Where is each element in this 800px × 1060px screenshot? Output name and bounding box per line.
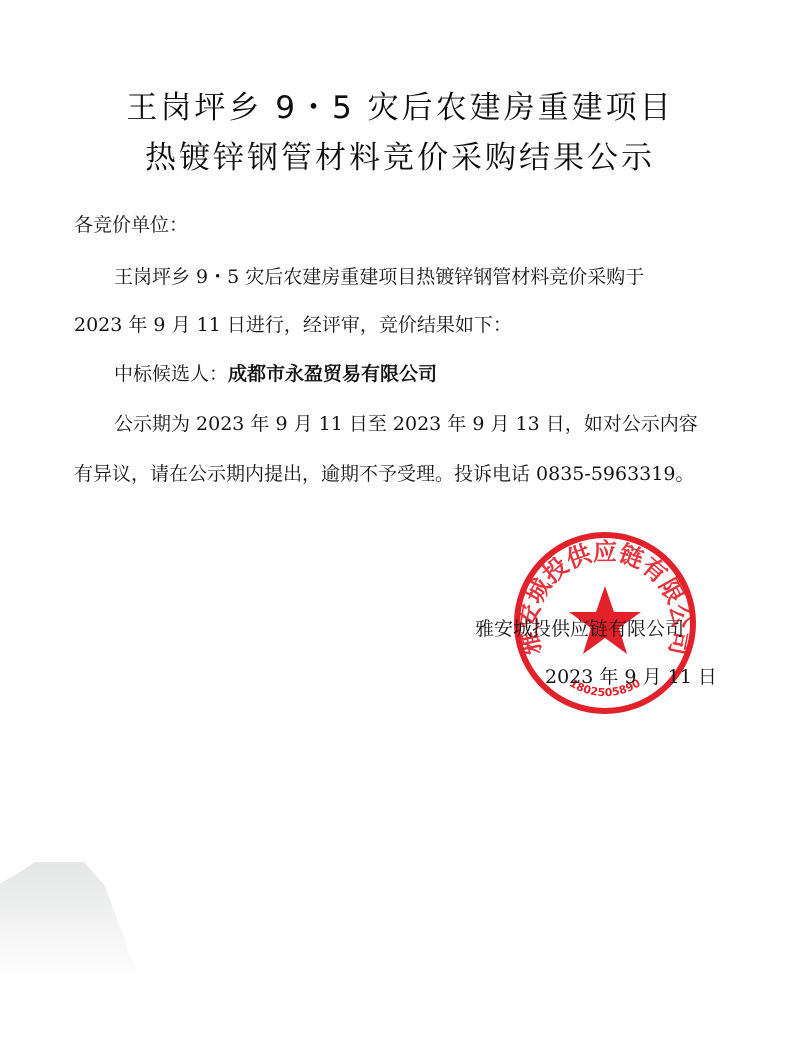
salutation: 各竞价单位： bbox=[74, 210, 188, 237]
winner-label: 中标候选人： bbox=[114, 363, 228, 385]
scan-shadow bbox=[0, 862, 140, 982]
signature-organization: 雅安城投供应链有限公司 bbox=[475, 614, 684, 641]
document-title-line-2: 热镀锌钢管材料竞价采购结果公示 bbox=[0, 132, 800, 177]
paragraph-1-line-2: 2023 年 9 月 11 日进行，经评审，竞价结果如下： bbox=[74, 310, 512, 337]
paragraph-3-line-2: 有异议，请在公示期内提出，逾期不予受理。投诉电话 0835-5963319。 bbox=[74, 459, 694, 486]
signature-date: 2023 年 9 月 11 日 bbox=[545, 662, 717, 689]
paragraph-3-line-1: 公示期为 2023 年 9 月 11 日至 2023 年 9 月 13 日，如对… bbox=[114, 409, 698, 436]
winner-name: 成都市永盈贸易有限公司 bbox=[228, 363, 437, 385]
paragraph-1-line-1: 王岗坪乡 9・5 灾后农建房重建项目热镀锌钢管材料竞价采购于 bbox=[114, 262, 644, 289]
document-title-line-1: 王岗坪乡 9・5 灾后农建房重建项目 bbox=[0, 82, 800, 127]
winner-line: 中标候选人：成都市永盈贸易有限公司 bbox=[114, 359, 437, 386]
